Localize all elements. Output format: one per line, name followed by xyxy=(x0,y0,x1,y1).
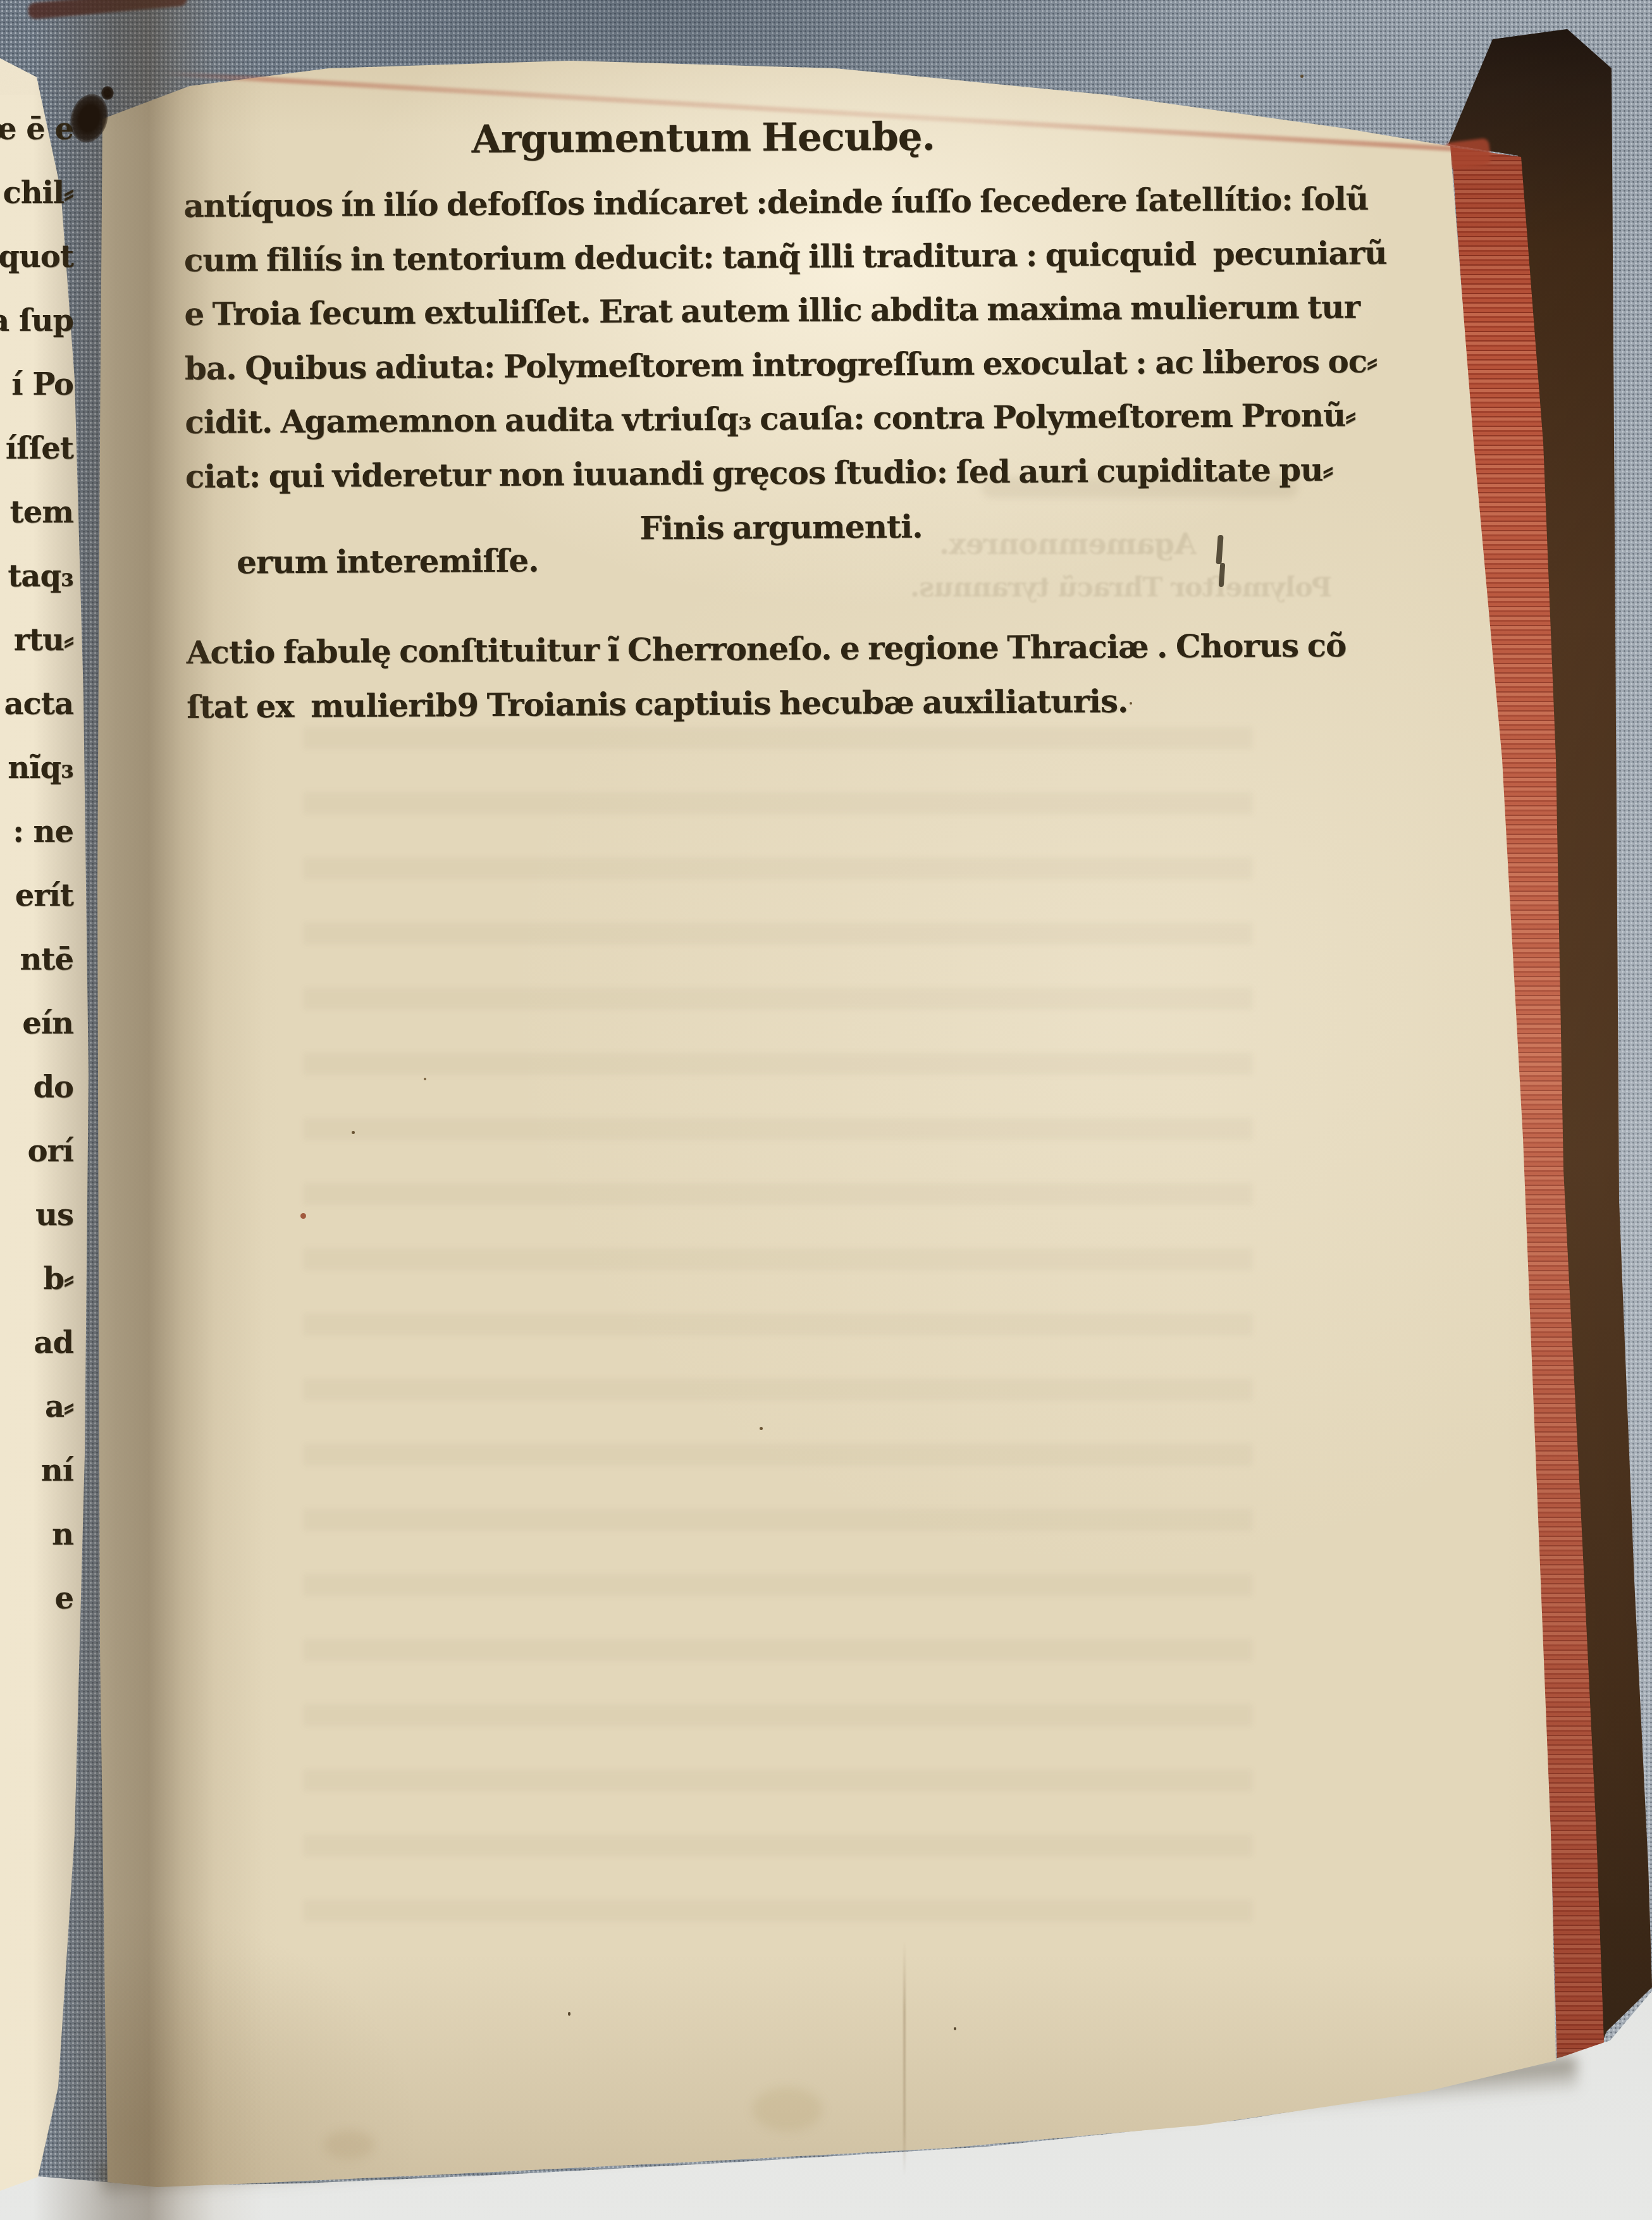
foxing-speck xyxy=(1130,702,1132,705)
foxing-speck xyxy=(1300,75,1304,78)
page-crease xyxy=(903,1942,906,2176)
foxing-speck xyxy=(760,1427,763,1430)
gutter-shadow xyxy=(0,0,1652,2220)
foxing-speck xyxy=(568,2012,570,2016)
foxing-speck xyxy=(424,1078,426,1080)
paper-stain xyxy=(753,2087,822,2131)
ink-blob xyxy=(101,86,114,100)
foxing-speck xyxy=(300,1213,306,1219)
foxing-speck xyxy=(352,1131,355,1134)
open-book-photo: Agamemnonrex. Polymeſtor Thracũ tyrannus… xyxy=(0,0,1652,2220)
paper-stain xyxy=(324,2130,374,2159)
foxing-speck xyxy=(954,2027,956,2030)
